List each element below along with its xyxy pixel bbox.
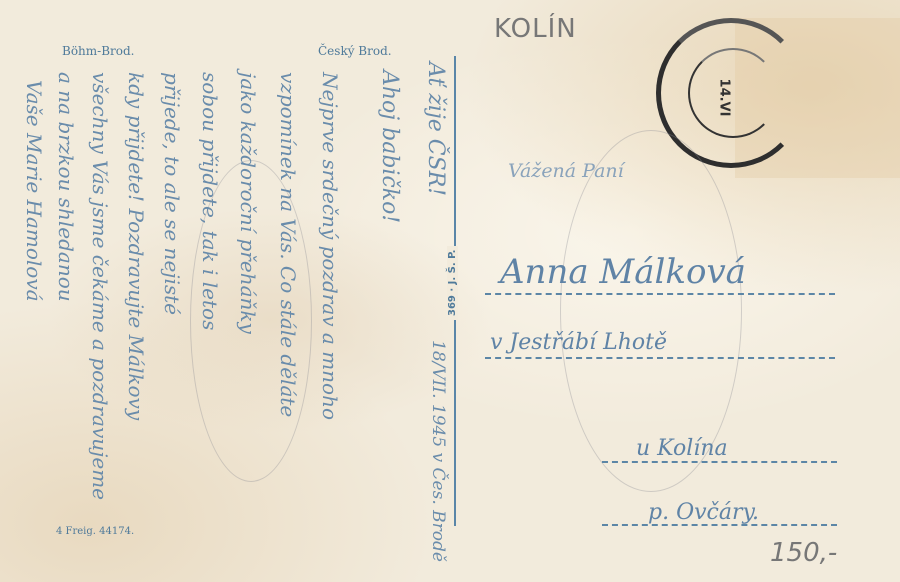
- printed-place-german: Böhm-Brod.: [62, 44, 134, 58]
- postmark-date: 14.VI: [716, 79, 731, 117]
- pencil-note-kolin: KOLÍN: [494, 14, 577, 44]
- address-town: u Kolína: [636, 436, 728, 461]
- message-line: kdy přijdete! Pozdravujte Málkovy: [124, 72, 148, 420]
- address-salutation: Vážená Paní: [508, 160, 624, 182]
- postmark-inner-ring: [688, 48, 778, 138]
- printed-freig-number: 4 Freig. 44174.: [56, 526, 134, 537]
- address-post-office: p. Ovčáry.: [648, 500, 759, 525]
- message-line: sobou přijdete, tak i letos: [198, 72, 222, 330]
- message-line: a na brzkou shledanou: [54, 72, 78, 302]
- message-line: všechny Vás jsme čekáme a pozdravujeme: [88, 72, 112, 500]
- message-signature: Vaše Marie Hamolová: [22, 80, 46, 302]
- address-line-3: [602, 461, 837, 463]
- message-line: Nejprve srdečný pozdrav a mnoho: [318, 72, 342, 420]
- message-line: Ahoj babičko!: [377, 70, 402, 223]
- address-line-2: [485, 357, 835, 359]
- message-line: jako každoroční přeháňky: [236, 72, 260, 334]
- divider-note-top: Ať žije ČSR!: [423, 62, 448, 196]
- address-line-1: [485, 293, 835, 295]
- divider-note-date: 18/VII. 1945 v Čes. Brodě: [428, 340, 448, 562]
- address-name: Anna Málková: [500, 252, 746, 292]
- address-line-4: [602, 524, 837, 526]
- pencil-price-note: 150,-: [770, 538, 837, 568]
- postcard-back: 14.VI Böhm-Brod. Český Brod. 4 Freig. 44…: [0, 0, 900, 582]
- message-line: vzpomínek na Vás. Co stále děláte: [276, 72, 300, 417]
- message-line: přijede, to ale se nejisté: [160, 72, 184, 315]
- publisher-imprint: 369 · J. Š. P.: [447, 246, 458, 320]
- address-village: v Jestřábí Lhotě: [490, 330, 667, 355]
- printed-place-czech: Český Brod.: [318, 44, 392, 58]
